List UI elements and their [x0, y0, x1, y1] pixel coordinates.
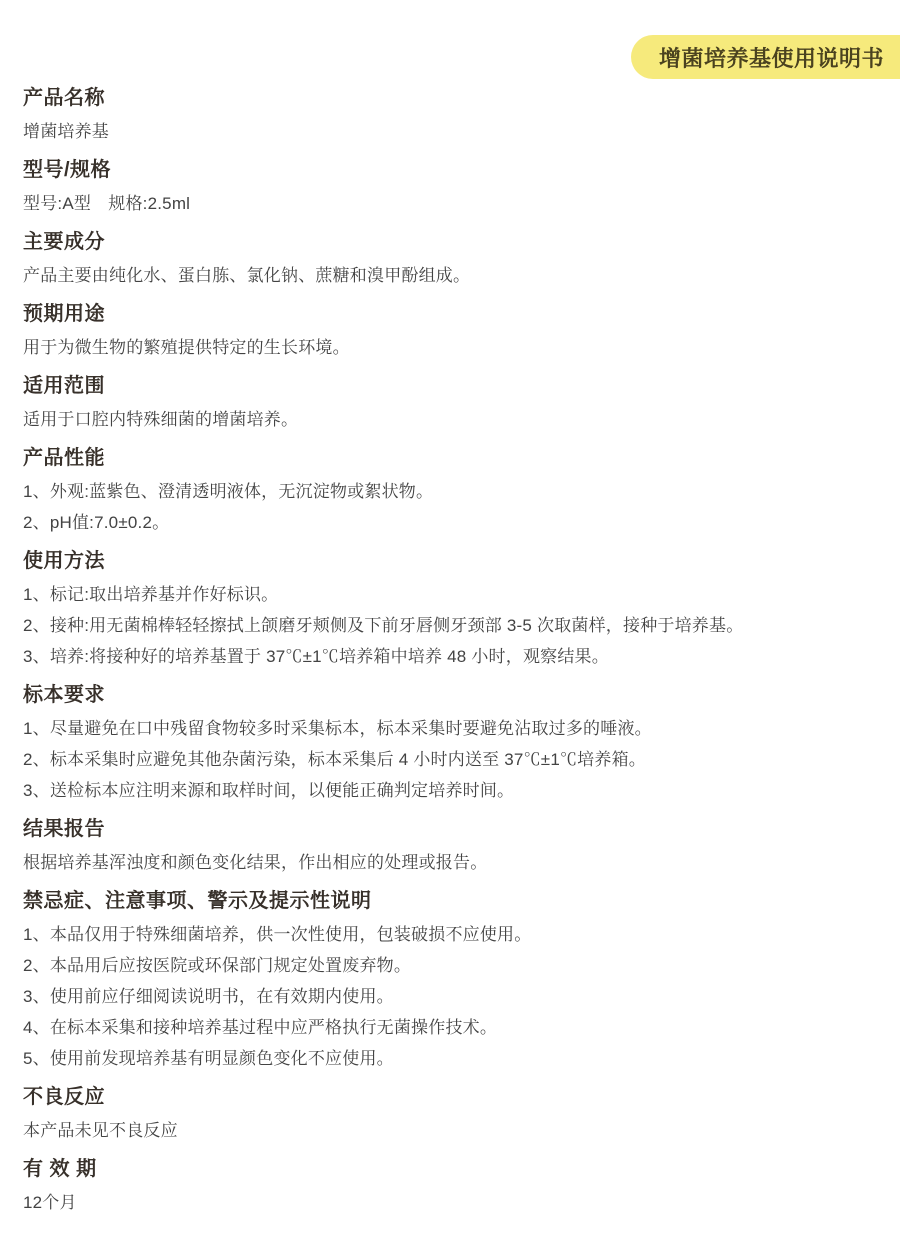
section-adverse-reactions: 不良反应 本产品未见不良反应	[23, 1085, 870, 1142]
section-line: 3、使用前应仔细阅读说明书，在有效期内使用。	[23, 986, 870, 1008]
section-usage-method: 使用方法 1、标记:取出培养基并作好标识。 2、接种:用无菌棉棒轻轻擦拭上颌磨牙…	[23, 549, 870, 668]
section-heading: 主要成分	[23, 230, 870, 255]
section-heading: 标本要求	[23, 683, 870, 708]
section-heading: 结果报告	[23, 817, 870, 842]
section-line: 5、使用前发现培养基有明显颜色变化不应使用。	[23, 1048, 870, 1070]
section-heading: 型号/规格	[23, 158, 870, 183]
section-heading: 产品性能	[23, 446, 870, 471]
section-main-ingredients: 主要成分 产品主要由纯化水、蛋白胨、氯化钠、蔗糖和溴甲酚组成。	[23, 230, 870, 287]
document-body: 产品名称 增菌培养基 型号/规格 型号:A型 规格:2.5ml 主要成分 产品主…	[0, 0, 900, 1223]
section-product-name: 产品名称 增菌培养基	[23, 86, 870, 143]
section-model-spec: 型号/规格 型号:A型 规格:2.5ml	[23, 158, 870, 215]
section-application-scope: 适用范围 适用于口腔内特殊细菌的增菌培养。	[23, 374, 870, 431]
section-line: 本产品未见不良反应	[23, 1120, 870, 1142]
section-line: 适用于口腔内特殊细菌的增菌培养。	[23, 409, 870, 431]
section-heading: 有 效 期	[23, 1157, 870, 1182]
section-specimen-requirements: 标本要求 1、尽量避免在口中残留食物较多时采集标本，标本采集时要避免沾取过多的唾…	[23, 683, 870, 802]
section-shelf-life: 有 效 期 12个月	[23, 1157, 870, 1214]
section-line: 根据培养基浑浊度和颜色变化结果，作出相应的处理或报告。	[23, 852, 870, 874]
section-result-report: 结果报告 根据培养基浑浊度和颜色变化结果，作出相应的处理或报告。	[23, 817, 870, 874]
section-intended-use: 预期用途 用于为微生物的繁殖提供特定的生长环境。	[23, 302, 870, 359]
section-heading: 适用范围	[23, 374, 870, 399]
section-line: 用于为微生物的繁殖提供特定的生长环境。	[23, 337, 870, 359]
section-heading: 预期用途	[23, 302, 870, 327]
section-line: 1、外观:蓝紫色、澄清透明液体，无沉淀物或絮状物。	[23, 481, 870, 503]
section-line: 1、标记:取出培养基并作好标识。	[23, 584, 870, 606]
section-product-performance: 产品性能 1、外观:蓝紫色、澄清透明液体，无沉淀物或絮状物。 2、pH值:7.0…	[23, 446, 870, 534]
section-line: 2、接种:用无菌棉棒轻轻擦拭上颌磨牙颊侧及下前牙唇侧牙颈部 3-5 次取菌样，接…	[23, 615, 870, 637]
section-line: 2、pH值:7.0±0.2。	[23, 512, 870, 534]
section-line: 3、送检标本应注明来源和取样时间，以便能正确判定培养时间。	[23, 780, 870, 802]
section-line: 4、在标本采集和接种培养基过程中应严格执行无菌操作技术。	[23, 1017, 870, 1039]
section-contraindications-warnings: 禁忌症、注意事项、警示及提示性说明 1、本品仅用于特殊细菌培养，供一次性使用，包…	[23, 889, 870, 1070]
section-line: 2、标本采集时应避免其他杂菌污染，标本采集后 4 小时内送至 37℃±1℃培养箱…	[23, 749, 870, 771]
section-line: 3、培养:将接种好的培养基置于 37℃±1℃培养箱中培养 48 小时，观察结果。	[23, 646, 870, 668]
section-heading: 禁忌症、注意事项、警示及提示性说明	[23, 889, 870, 914]
section-heading: 使用方法	[23, 549, 870, 574]
section-line: 型号:A型 规格:2.5ml	[23, 193, 870, 215]
section-line: 2、本品用后应按医院或环保部门规定处置废弃物。	[23, 955, 870, 977]
section-heading: 产品名称	[23, 86, 870, 111]
section-line: 12个月	[23, 1192, 870, 1214]
instruction-sheet-page: 增菌培养基使用说明书 产品名称 增菌培养基 型号/规格 型号:A型 规格:2.5…	[0, 0, 900, 1239]
section-heading: 不良反应	[23, 1085, 870, 1110]
section-line: 增菌培养基	[23, 121, 870, 143]
section-line: 产品主要由纯化水、蛋白胨、氯化钠、蔗糖和溴甲酚组成。	[23, 265, 870, 287]
section-line: 1、尽量避免在口中残留食物较多时采集标本，标本采集时要避免沾取过多的唾液。	[23, 718, 870, 740]
section-line: 1、本品仅用于特殊细菌培养，供一次性使用，包装破损不应使用。	[23, 924, 870, 946]
